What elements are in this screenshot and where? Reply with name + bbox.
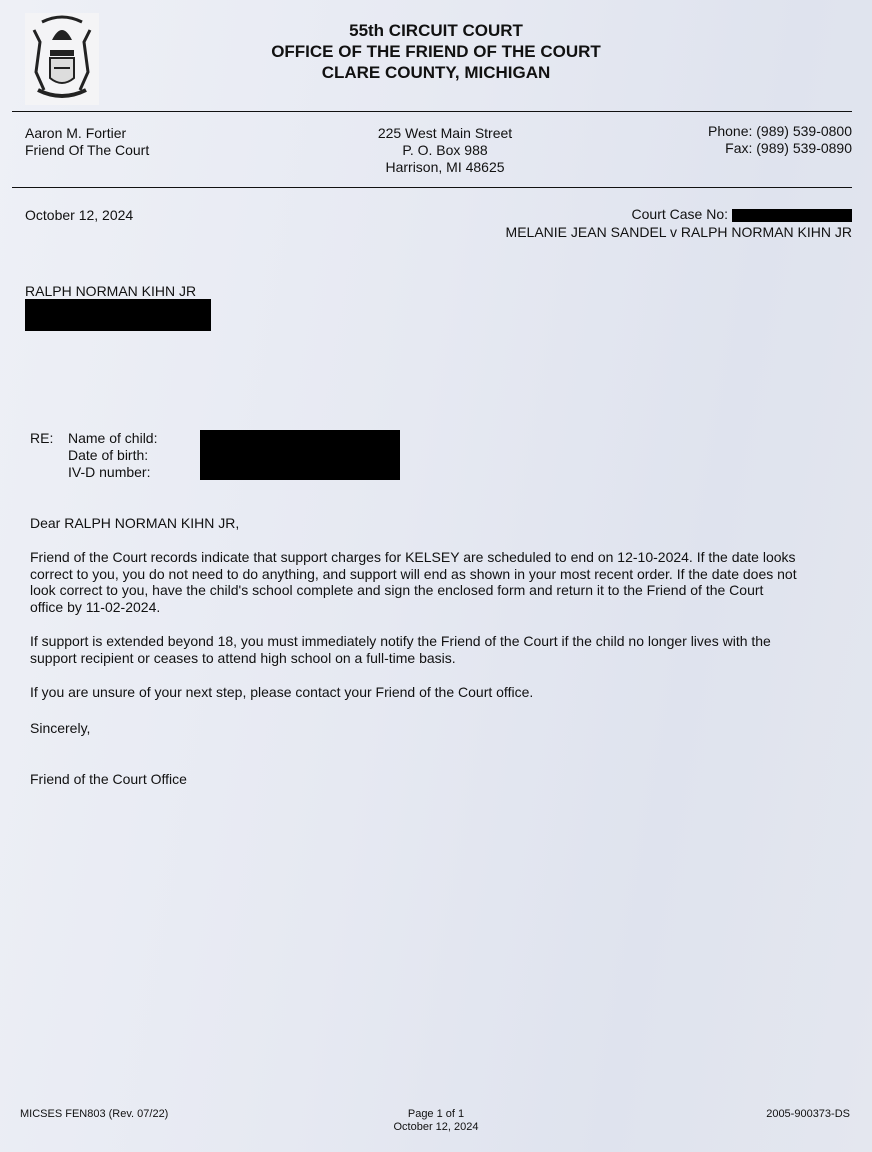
body-paragraph-2: If support is extended beyond 18, you mu… xyxy=(30,633,800,666)
body-paragraph-1: Friend of the Court records indicate tha… xyxy=(30,549,800,615)
re-section: RE: Name of child: Date of birth: IV-D n… xyxy=(30,430,68,447)
office-phone-fax: Phone: (989) 539-0800 Fax: (989) 539-089… xyxy=(708,123,852,157)
address-line-2: P. O. Box 988 xyxy=(330,142,560,159)
re-label: RE: xyxy=(30,430,68,447)
court-title-line-1: 55th CIRCUIT COURT xyxy=(0,20,872,41)
form-id: MICSES FEN803 (Rev. 07/22) xyxy=(20,1108,168,1121)
child-name-label: Name of child: xyxy=(68,430,157,447)
footer-date: October 12, 2024 xyxy=(336,1121,536,1134)
address-line-3: Harrison, MI 48625 xyxy=(330,159,560,176)
ivd-number-label: IV-D number: xyxy=(68,464,157,481)
fax-number: Fax: (989) 539-0890 xyxy=(708,140,852,157)
birth-date-label: Date of birth: xyxy=(68,447,157,464)
officer-name: Aaron M. Fortier xyxy=(25,125,149,142)
redacted-child-details xyxy=(200,430,400,480)
case-title: MELANIE JEAN SANDEL v RALPH NORMAN KIHN … xyxy=(506,223,852,241)
case-info: Court Case No: MELANIE JEAN SANDEL v RAL… xyxy=(506,205,852,241)
officer-info: Aaron M. Fortier Friend Of The Court xyxy=(25,125,149,159)
letter-date: October 12, 2024 xyxy=(25,207,133,223)
court-title-line-2: OFFICE OF THE FRIEND OF THE COURT xyxy=(0,41,872,62)
phone-number: Phone: (989) 539-0800 xyxy=(708,123,852,140)
document-number: 2005-900373-DS xyxy=(766,1108,850,1121)
signature: Friend of the Court Office xyxy=(30,771,830,788)
page-info: Page 1 of 1 October 12, 2024 xyxy=(336,1108,536,1134)
header-divider xyxy=(12,111,852,112)
officer-role: Friend Of The Court xyxy=(25,142,149,159)
office-address: 225 West Main Street P. O. Box 988 Harri… xyxy=(330,125,560,176)
redacted-recipient-address xyxy=(25,299,211,331)
case-number-label: Court Case No: xyxy=(632,206,728,222)
salutation: Dear RALPH NORMAN KIHN JR, xyxy=(30,515,830,532)
closing: Sincerely, xyxy=(30,720,830,737)
redacted-case-number xyxy=(732,209,852,222)
page-number: Page 1 of 1 xyxy=(336,1108,536,1121)
court-title-line-3: CLARE COUNTY, MICHIGAN xyxy=(0,62,872,83)
contact-divider xyxy=(12,187,852,188)
court-title: 55th CIRCUIT COURT OFFICE OF THE FRIEND … xyxy=(0,20,872,83)
body-paragraph-3: If you are unsure of your next step, ple… xyxy=(30,684,830,701)
address-line-1: 225 West Main Street xyxy=(330,125,560,142)
recipient-name: RALPH NORMAN KIHN JR xyxy=(25,283,196,299)
